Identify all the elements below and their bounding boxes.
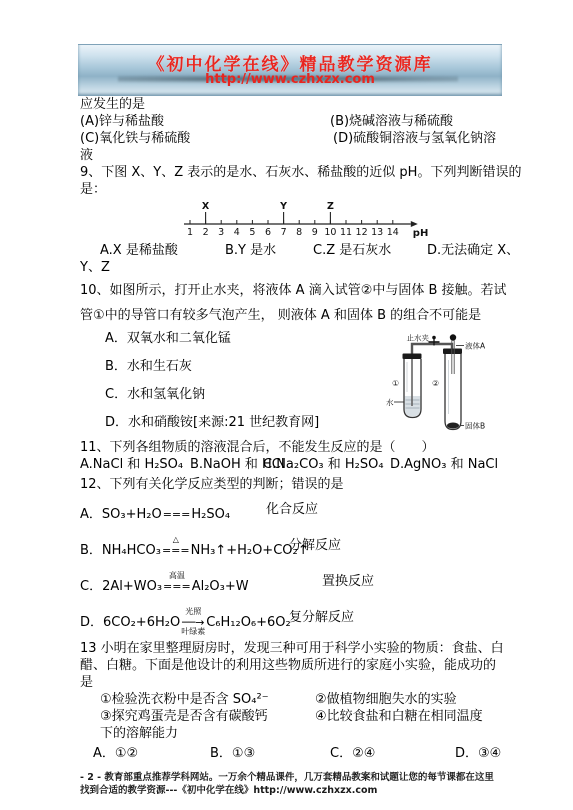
- option-d: D.AgNO₃ 和 NaCl: [390, 456, 498, 473]
- tick-label: 10: [324, 227, 336, 238]
- option-b: B．①③: [210, 745, 255, 762]
- tick-label: 14: [387, 227, 399, 238]
- equation-left: 6CO₂+6H₂O: [103, 615, 180, 630]
- tick-label: 9: [312, 227, 318, 238]
- footer-line1: - 2 - 教育部重点推荐学科网站。一万余个精品课件，几万套精品教案和试题让您的…: [80, 771, 502, 784]
- option-c: C.Z 是石灰水: [313, 242, 391, 259]
- footer-line2: 找到合适的教学资源---《初中化学在线》http://www.czhxzx.co…: [80, 784, 502, 797]
- page-footer: - 2 - 教育部重点推荐学科网站。一万余个精品课件，几万套精品教案和试题让您的…: [80, 771, 502, 797]
- question8-options-row2: (C)氧化铁与稀硫酸 (D)硫酸铜溶液与氢氧化钠溶: [80, 130, 502, 147]
- question12-text: 12、下列有关化学反应类型的判断；错误的是: [80, 476, 502, 493]
- exam-page: 《初中化学在线》精品教学资源库 http://www.czhxzx.com 应发…: [0, 0, 573, 810]
- reaction-type: 复分解反应: [289, 609, 354, 627]
- question9-text-line2: 是：: [80, 181, 502, 198]
- question13-items-row2: ③探究鸡蛋壳是否含有碳酸钙 ④比较食盐和白糖在相同温度: [80, 708, 502, 725]
- equation-left: SO₃+H₂O: [102, 507, 162, 522]
- solid-b: [447, 423, 459, 429]
- equation-left: NH₄HCO₃: [102, 543, 161, 558]
- ph-numberline-figure: 1234567891011121314XYZpH: [180, 200, 502, 240]
- marker-label: X: [202, 201, 210, 212]
- tick-label: 13: [371, 227, 383, 238]
- equation-right: Al₂O₃+W: [192, 579, 249, 594]
- equation-right: C₆H₁₂O₆+6O₂: [206, 615, 291, 630]
- tick-label: 3: [218, 227, 224, 238]
- question13-options-row: A．①② B．①③ C．②④ D．③④ X: [80, 745, 502, 762]
- option-a: A.NaCl 和 H₂SO₄: [80, 457, 183, 472]
- question13-text-line1: 13 小明在家里整理厨房时，发现三种可用于科学小实验的物质：食盐、白: [80, 640, 502, 657]
- option-c: C．水和氢氧化钠: [105, 386, 384, 403]
- tick-label: 4: [234, 227, 240, 238]
- option-label: C．: [80, 579, 102, 594]
- question8-stem-tail: 应发生的是: [80, 96, 502, 113]
- option-a: A．①②: [93, 745, 138, 762]
- right-stopper: [443, 349, 462, 355]
- option-c: C．②④: [330, 745, 375, 762]
- option-label: A．: [80, 507, 102, 522]
- question11-options-row: A.NaCl 和 H₂SO₄ B.NaOH 和 HCl C.Na₂CO₃ 和 H…: [80, 456, 502, 473]
- test-tube-apparatus-diagram: 止水夹 ① 水 ② 液体A 固体B: [384, 332, 502, 436]
- question13-items-row1: ①检验洗衣粉中是否含 SO₄²⁻ ②做植物细胞失水的实验: [80, 691, 502, 708]
- option-b: B.Y 是水: [225, 242, 276, 259]
- tick-label: 7: [281, 227, 287, 238]
- question9-options-row: A.X 是稀盐酸 B.Y 是水 C.Z 是石灰水 D.无法确定 X、: [80, 242, 502, 259]
- question8-option-d-wrap: 液: [80, 147, 502, 164]
- option-d: D．水和硝酸铵[来源:21 世纪教育网]: [105, 414, 384, 431]
- equation-row-d: D．6CO₂+6H₂O光照──→叶绿素C₆H₁₂O₆+6O₂ 复分解反应: [80, 608, 502, 637]
- question9-text-line1: 9、下图 X、Y、Z 表示的是水、石灰水、稀盐酸的近似 pH。下列判断错误的: [80, 164, 502, 181]
- option-a: (A)锌与稀盐酸: [80, 114, 164, 129]
- question8-options-row1: (A)锌与稀盐酸 (B)烧碱溶液与稀硫酸: [80, 113, 502, 130]
- option-d: D.无法确定 X、: [427, 242, 519, 259]
- tube2-label: ②: [432, 379, 439, 388]
- reaction-type: 分解反应: [289, 537, 341, 555]
- item-4: ④比较食盐和白糖在相同温度: [315, 708, 483, 725]
- option-c: C.Na₂CO₃ 和 H₂SO₄: [263, 456, 384, 473]
- option-label: B．: [80, 543, 102, 558]
- ph-numberline: 1234567891011121314XYZpH: [180, 200, 432, 240]
- equation-row-b: B．NH₄HCO₃△===NH₃↑+H₂O+CO₂↑ 分解反应: [80, 536, 502, 565]
- equals-sign: ===: [163, 509, 191, 520]
- option-d: D．③④: [455, 745, 501, 762]
- condition-below: 叶绿素: [181, 628, 205, 637]
- tick-label: 1: [187, 227, 193, 238]
- reaction-connector: △===: [162, 536, 190, 565]
- left-stopper: [403, 354, 422, 360]
- marker-label: Y: [279, 201, 287, 212]
- solid-b-label: 固体B: [465, 421, 485, 431]
- reaction-type: 化合反应: [266, 501, 318, 519]
- tube1-label: ①: [392, 379, 399, 388]
- equation-left: 2Al+WO₃: [102, 579, 162, 594]
- item-2: ②做植物细胞失水的实验: [315, 691, 457, 708]
- reaction-connector: 光照──→叶绿素: [181, 608, 205, 637]
- banner-url: http://www.czhxzx.com: [78, 72, 502, 87]
- tick-label: 5: [249, 227, 255, 238]
- clamp-label: 止水夹: [407, 333, 430, 343]
- question10-text-line1: 10、如图所示，打开止水夹，将液体 A 滴入试管②中与固体 B 接触。若试: [80, 282, 502, 299]
- option-c: (C)氧化铁与稀硫酸: [80, 131, 190, 146]
- reaction-connector: 高温===: [163, 572, 191, 601]
- reaction-type: 置换反应: [322, 573, 374, 591]
- question10-text-line2: 管①中的导管口有较多气泡产生， 则液体 A 和固体 B 的组合不可能是: [80, 307, 502, 324]
- liquid-a-label: 液体A: [465, 341, 486, 351]
- question10-options: A．双氧水和二氧化锰 B．水和生石灰 C．水和氢氧化钠 D．水和硝酸铵[来源:2…: [80, 330, 384, 431]
- right-test-tube: [445, 354, 461, 430]
- question11-text: 11、下列各组物质的溶液混合后，不能发生反应的是（ ）: [80, 439, 502, 456]
- option-a: A．双氧水和二氧化锰: [105, 330, 384, 347]
- marker-label: Z: [327, 201, 334, 212]
- option-label: D．: [80, 615, 103, 630]
- question13-text-line2: 醋、白糖。下面是他设计的利用这些物质所进行的家庭小实验，能成功的: [80, 657, 502, 674]
- tick-label: 11: [340, 227, 352, 238]
- tick-label: 6: [265, 227, 271, 238]
- question13-text-line3: 是: [80, 674, 502, 691]
- item-3: ③探究鸡蛋壳是否含有碳酸钙: [100, 709, 268, 724]
- option-b: B．水和生石灰: [105, 358, 384, 375]
- equals-sign: ===: [163, 581, 191, 592]
- option-a: A.X 是稀盐酸: [100, 243, 178, 258]
- equals-sign: ===: [162, 545, 190, 556]
- equation-right: H₂SO₄: [191, 507, 230, 522]
- reaction-connector: ===: [163, 500, 191, 529]
- axis-arrow: [411, 221, 418, 227]
- option-d: (D)硫酸铜溶液与氢氧化钠溶: [333, 130, 496, 147]
- clamp-knob: [432, 336, 436, 340]
- equation-row-c: C．2Al+WO₃高温===Al₂O₃+W 置换反应: [80, 572, 502, 601]
- dropper-bulb: [450, 334, 456, 340]
- axis-unit-label: pH: [413, 228, 429, 239]
- question10-body: A．双氧水和二氧化锰 B．水和生石灰 C．水和氢氧化钠 D．水和硝酸铵[来源:2…: [80, 330, 502, 436]
- site-banner: 《初中化学在线》精品教学资源库 http://www.czhxzx.com: [78, 44, 502, 96]
- option-b: (B)烧碱溶液与稀硫酸: [330, 113, 453, 130]
- item-1: ①检验洗衣粉中是否含 SO₄²⁻: [100, 692, 269, 707]
- tick-label: 8: [296, 227, 302, 238]
- question9-option-d-wrap: Y、Z: [80, 259, 502, 276]
- water-label: 水: [386, 397, 394, 407]
- tick-label: 12: [356, 227, 368, 238]
- equation-row-a: A．SO₃+H₂O===H₂SO₄ 化合反应: [80, 500, 502, 529]
- question13-item4-wrap: 下的溶解能力: [80, 725, 502, 742]
- tick-label: 2: [203, 227, 209, 238]
